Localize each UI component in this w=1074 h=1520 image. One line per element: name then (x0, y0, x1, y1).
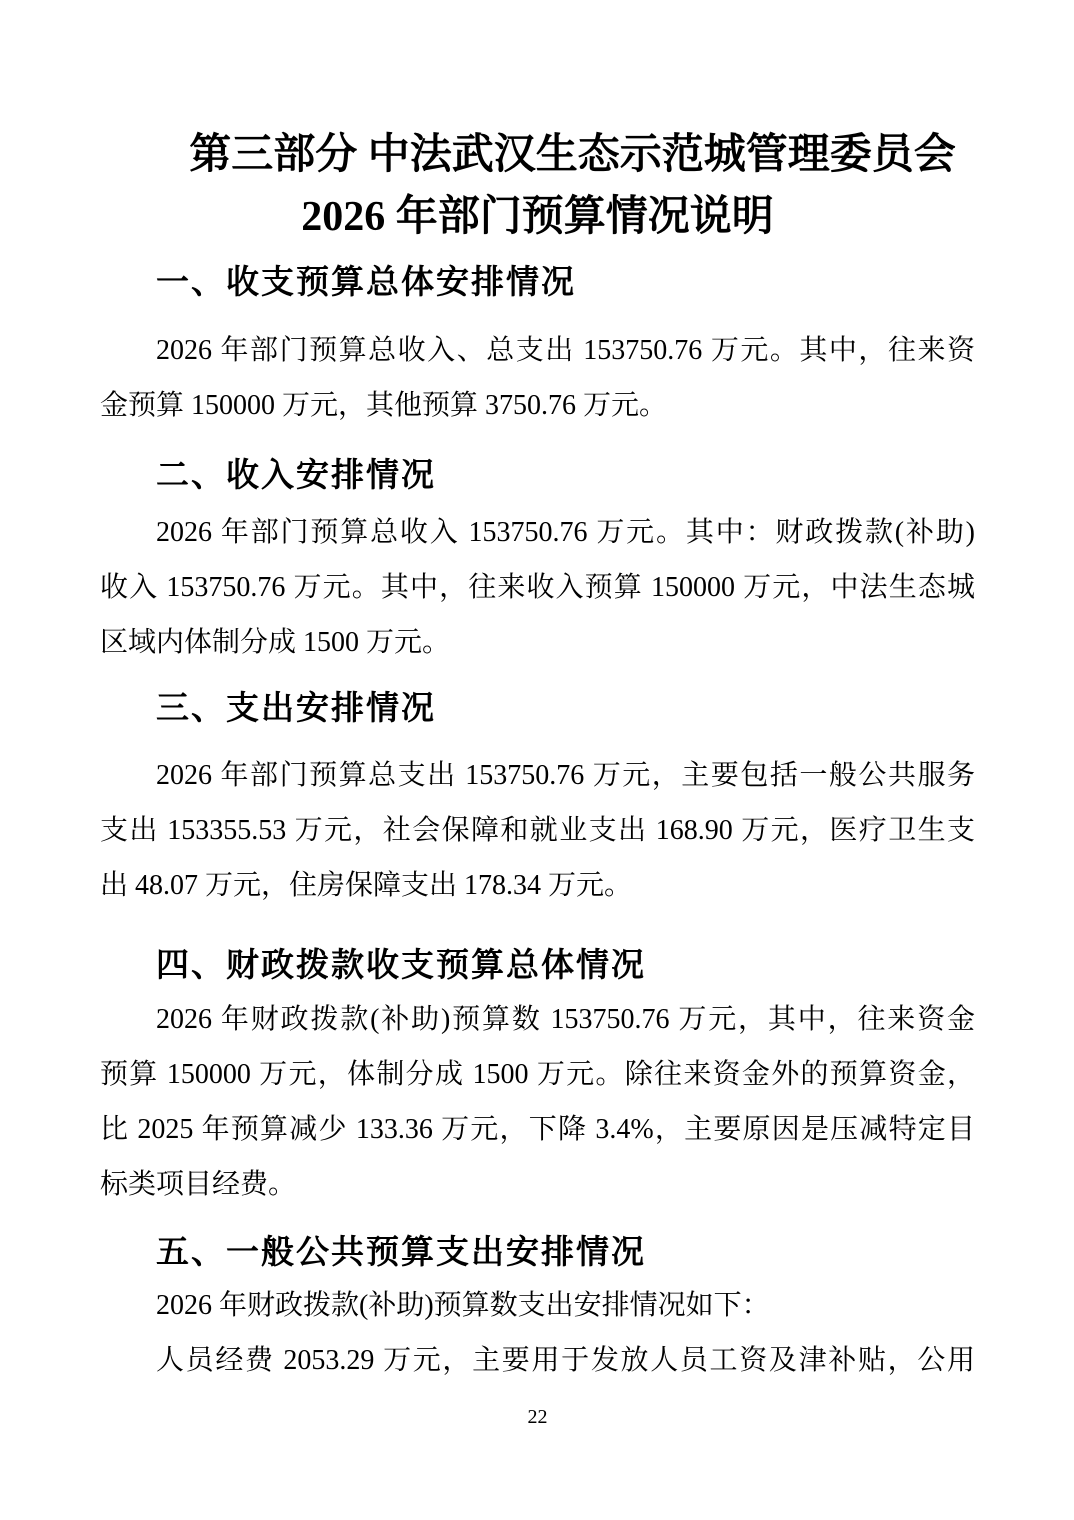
page-title-line2: 2026 年部门预算情况说明 (100, 186, 975, 248)
paragraph-line: 2026 年部门预算总支出 153750.76 万元，主要包括一般公共服务 (100, 748, 975, 803)
section-heading-2: 二、收入安排情况 (100, 455, 975, 495)
paragraph-line: 出 48.07 万元，住房保障支出 178.34 万元。 (100, 858, 975, 913)
paragraph-line: 金预算 150000 万元，其他预算 3750.76 万元。 (100, 378, 975, 433)
paragraph-line: 人员经费 2053.29 万元，主要用于发放人员工资及津补贴，公用 (100, 1333, 975, 1388)
paragraph-line: 2026 年部门预算总收入 153750.76 万元。其中：财政拨款(补助) (100, 505, 975, 560)
paragraph-line: 区域内体制分成 1500 万元。 (100, 615, 975, 670)
section-heading-5: 五、一般公共预算支出安排情况 (100, 1232, 975, 1272)
page-number: 22 (100, 1404, 975, 1430)
document-page: 第三部分 中法武汉生态示范城管理委员会 2026 年部门预算情况说明 一、收支预… (0, 0, 1074, 1520)
section-heading-3: 三、支出安排情况 (100, 688, 975, 728)
paragraph-line: 收入 153750.76 万元。其中，往来收入预算 150000 万元，中法生态… (100, 560, 975, 615)
paragraph-line: 比 2025 年预算减少 133.36 万元，下降 3.4%，主要原因是压减特定… (100, 1102, 975, 1157)
paragraph-line: 2026 年部门预算总收入、总支出 153750.76 万元。其中，往来资 (100, 323, 975, 378)
section-heading-1: 一、收支预算总体安排情况 (100, 262, 975, 302)
paragraph-line: 标类项目经费。 (100, 1157, 975, 1212)
paragraph-line: 支出 153355.53 万元，社会保障和就业支出 168.90 万元，医疗卫生… (100, 803, 975, 858)
paragraph-line: 2026 年财政拨款(补助)预算数 153750.76 万元，其中，往来资金 (100, 992, 975, 1047)
paragraph-line: 预算 150000 万元，体制分成 1500 万元。除往来资金外的预算资金， (100, 1047, 975, 1102)
page-title-line1: 第三部分 中法武汉生态示范城管理委员会 (100, 124, 975, 186)
section-heading-4: 四、财政拨款收支预算总体情况 (100, 945, 975, 985)
paragraph-line: 2026 年财政拨款(补助)预算数支出安排情况如下： (100, 1278, 975, 1333)
